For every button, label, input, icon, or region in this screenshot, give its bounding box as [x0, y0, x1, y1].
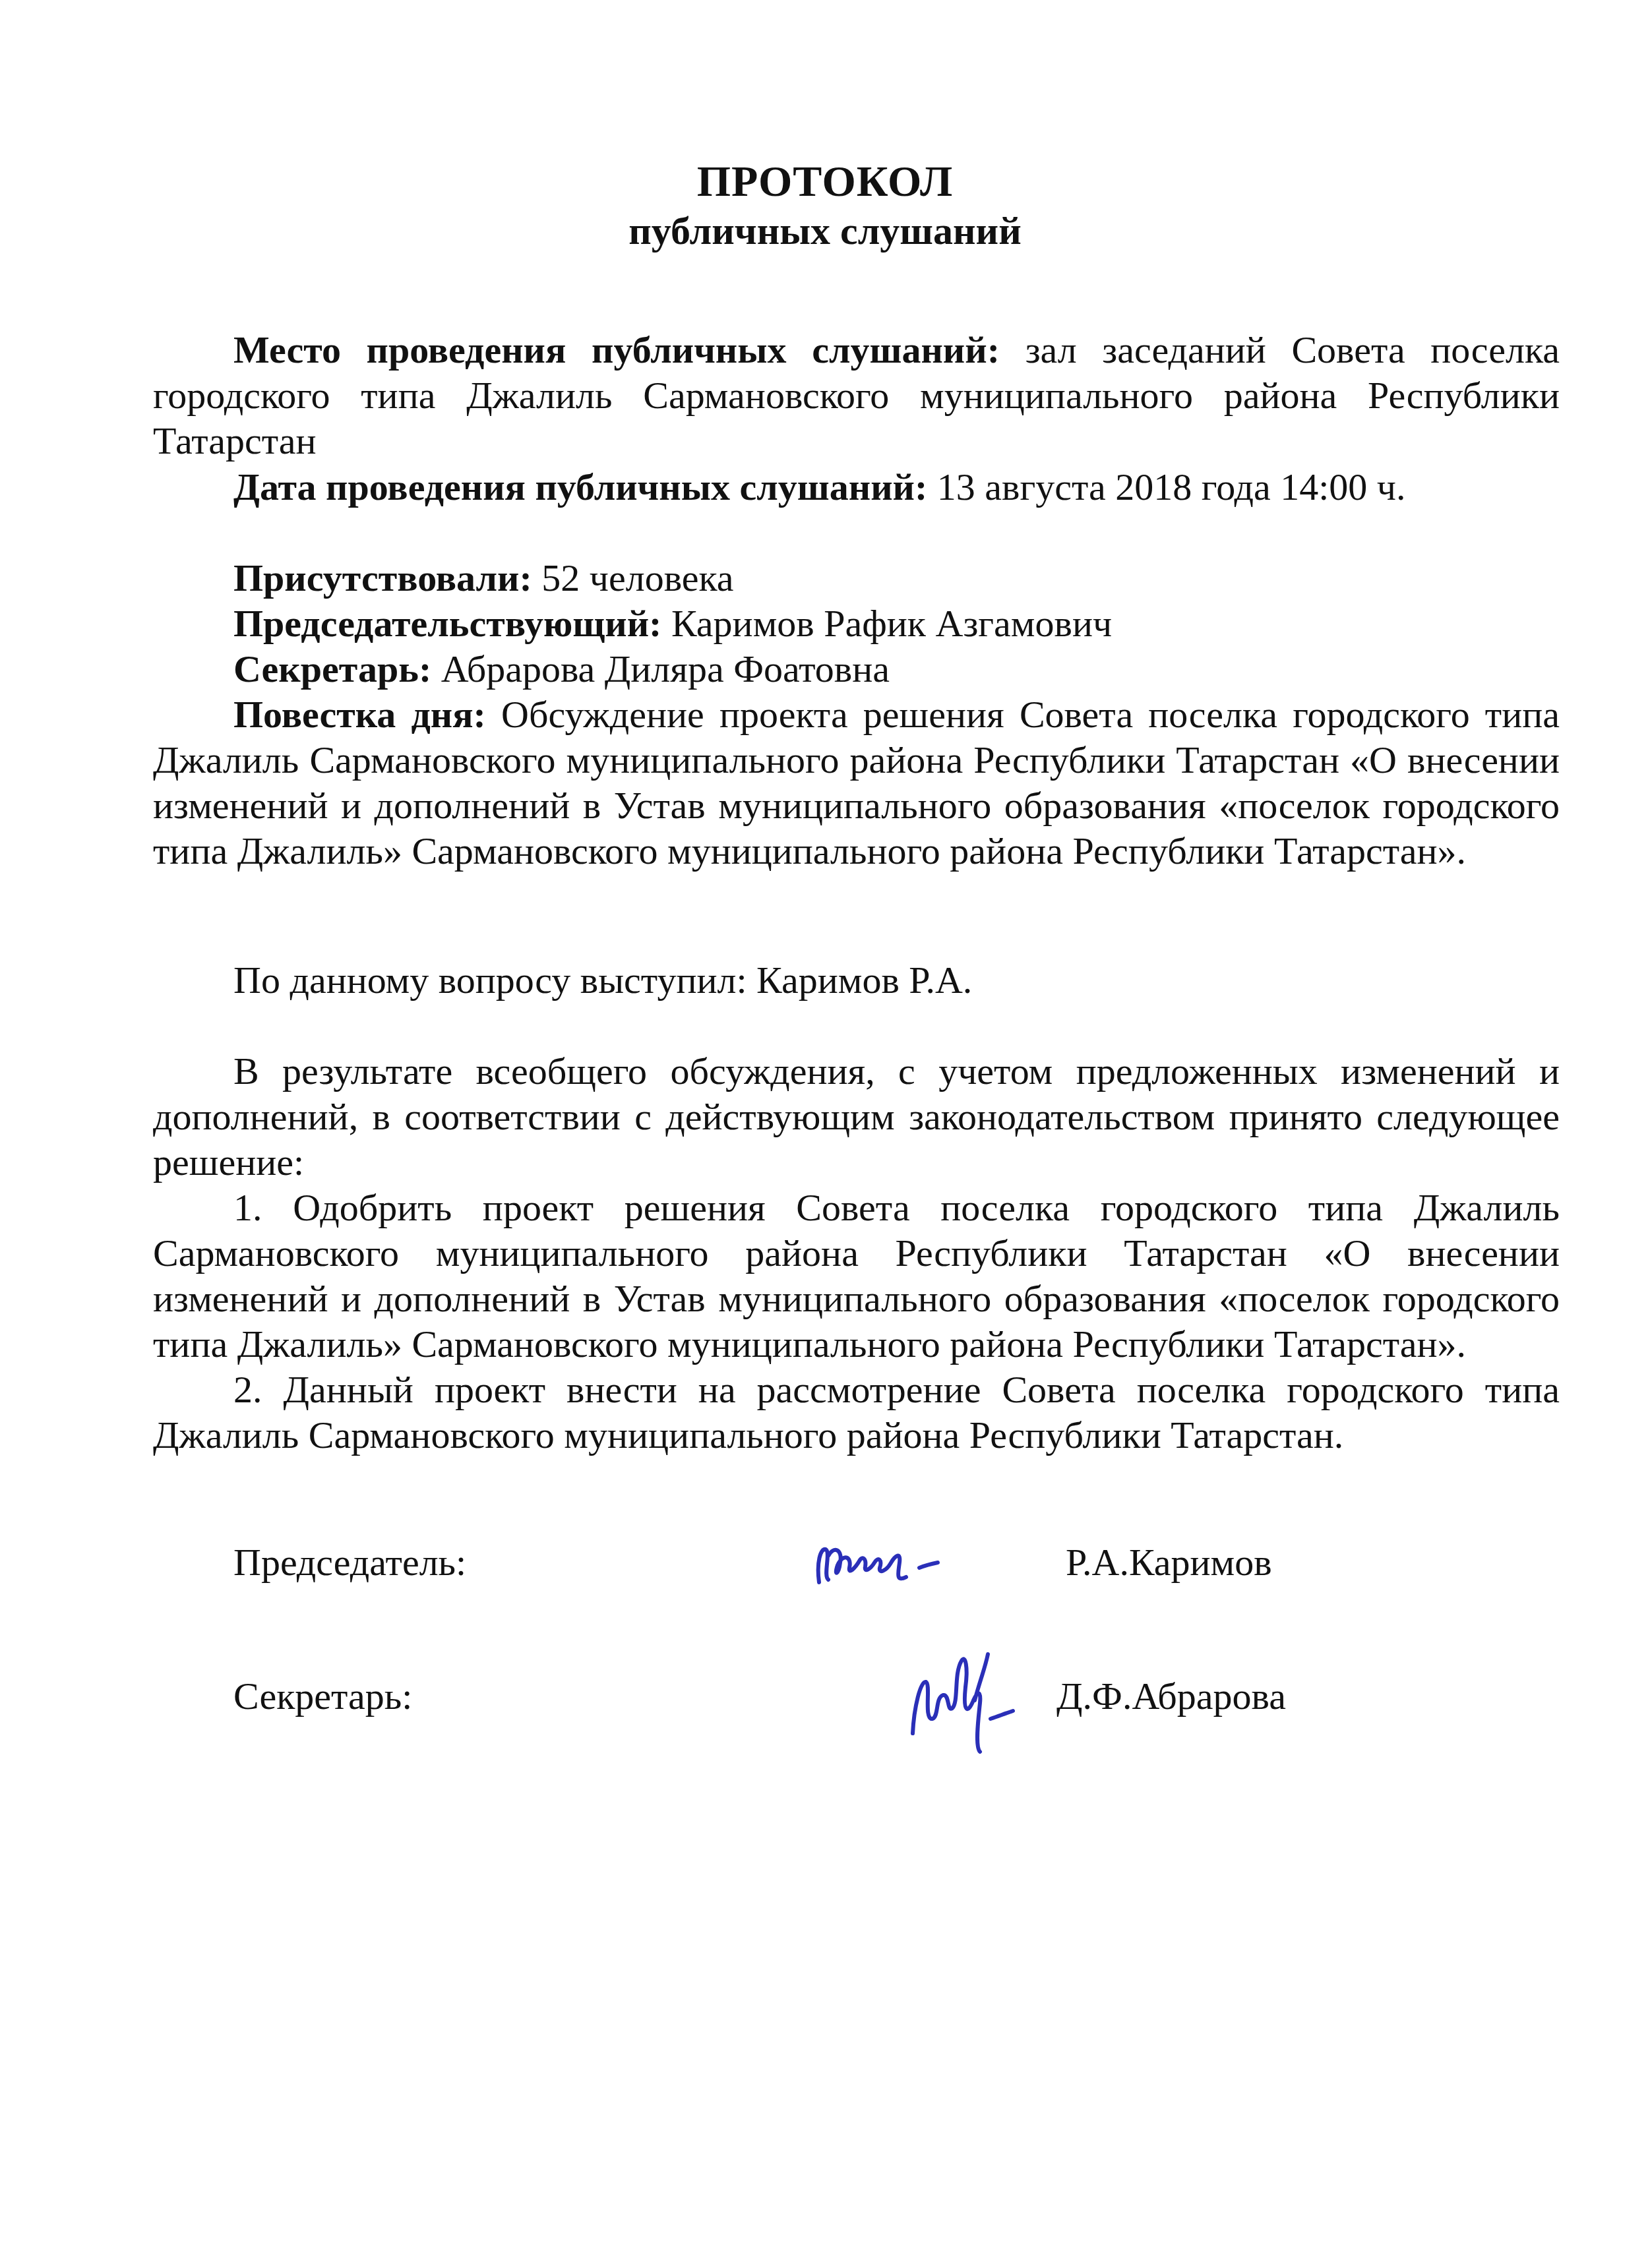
- meta-secretary: Секретарь: Абрарова Диляра Фоатовна: [153, 646, 1560, 692]
- handwritten-signature-icon: [906, 1634, 1038, 1760]
- speaker-text: По данному вопросу выступил: Каримов Р.А…: [153, 957, 1560, 1003]
- agenda-label: Повестка дня:: [233, 693, 486, 736]
- attended-label: Присутствовали:: [233, 556, 532, 599]
- meta-attended: Присутствовали: 52 человека: [153, 555, 1560, 601]
- signature-name: Д.Ф.Абрарова: [1056, 1674, 1286, 1718]
- secretary-label: Секретарь:: [233, 647, 431, 690]
- handwritten-signature-icon: [814, 1536, 1005, 1596]
- meta-agenda: Повестка дня: Обсуждение проекта решения…: [153, 692, 1560, 874]
- meta-date: Дата проведения публичных слушаний: 13 а…: [153, 464, 1560, 510]
- decision-item: 1. Одобрить проект решения Совета поселк…: [153, 1185, 1560, 1367]
- signature-name: Р.А.Каримов: [1066, 1540, 1272, 1584]
- attended-value: 52 человека: [532, 556, 734, 599]
- secretary-value: Абрарова Диляра Фоатовна: [431, 647, 890, 690]
- result-section: В результате всеобщего обсуждения, с уче…: [153, 1048, 1560, 1458]
- chair-label: Председательствующий:: [233, 602, 661, 645]
- result-intro: В результате всеобщего обсуждения, с уче…: [153, 1048, 1560, 1185]
- meta-chair: Председательствующий: Каримов Рафик Азга…: [153, 601, 1560, 646]
- place-label: Место проведения публичных слушаний:: [233, 328, 1000, 371]
- document-title: ПРОТОКОЛ: [0, 157, 1650, 207]
- chair-value: Каримов Рафик Азгамович: [661, 602, 1112, 645]
- speaker-paragraph: По данному вопросу выступил: Каримов Р.А…: [153, 957, 1560, 1003]
- meta-place: Место проведения публичных слушаний: зал…: [153, 327, 1560, 463]
- date-value: 13 августа 2018 года 14:00 ч.: [927, 465, 1405, 508]
- date-label: Дата проведения публичных слушаний:: [233, 465, 927, 508]
- document-page: ПРОТОКОЛ публичных слушаний Место провед…: [0, 0, 1650, 2268]
- signature-role: Секретарь:: [233, 1674, 412, 1718]
- document-subtitle: публичных слушаний: [0, 208, 1650, 254]
- decision-item: 2. Данный проект внести на рассмотрение …: [153, 1367, 1560, 1458]
- signature-role: Председатель:: [233, 1540, 466, 1584]
